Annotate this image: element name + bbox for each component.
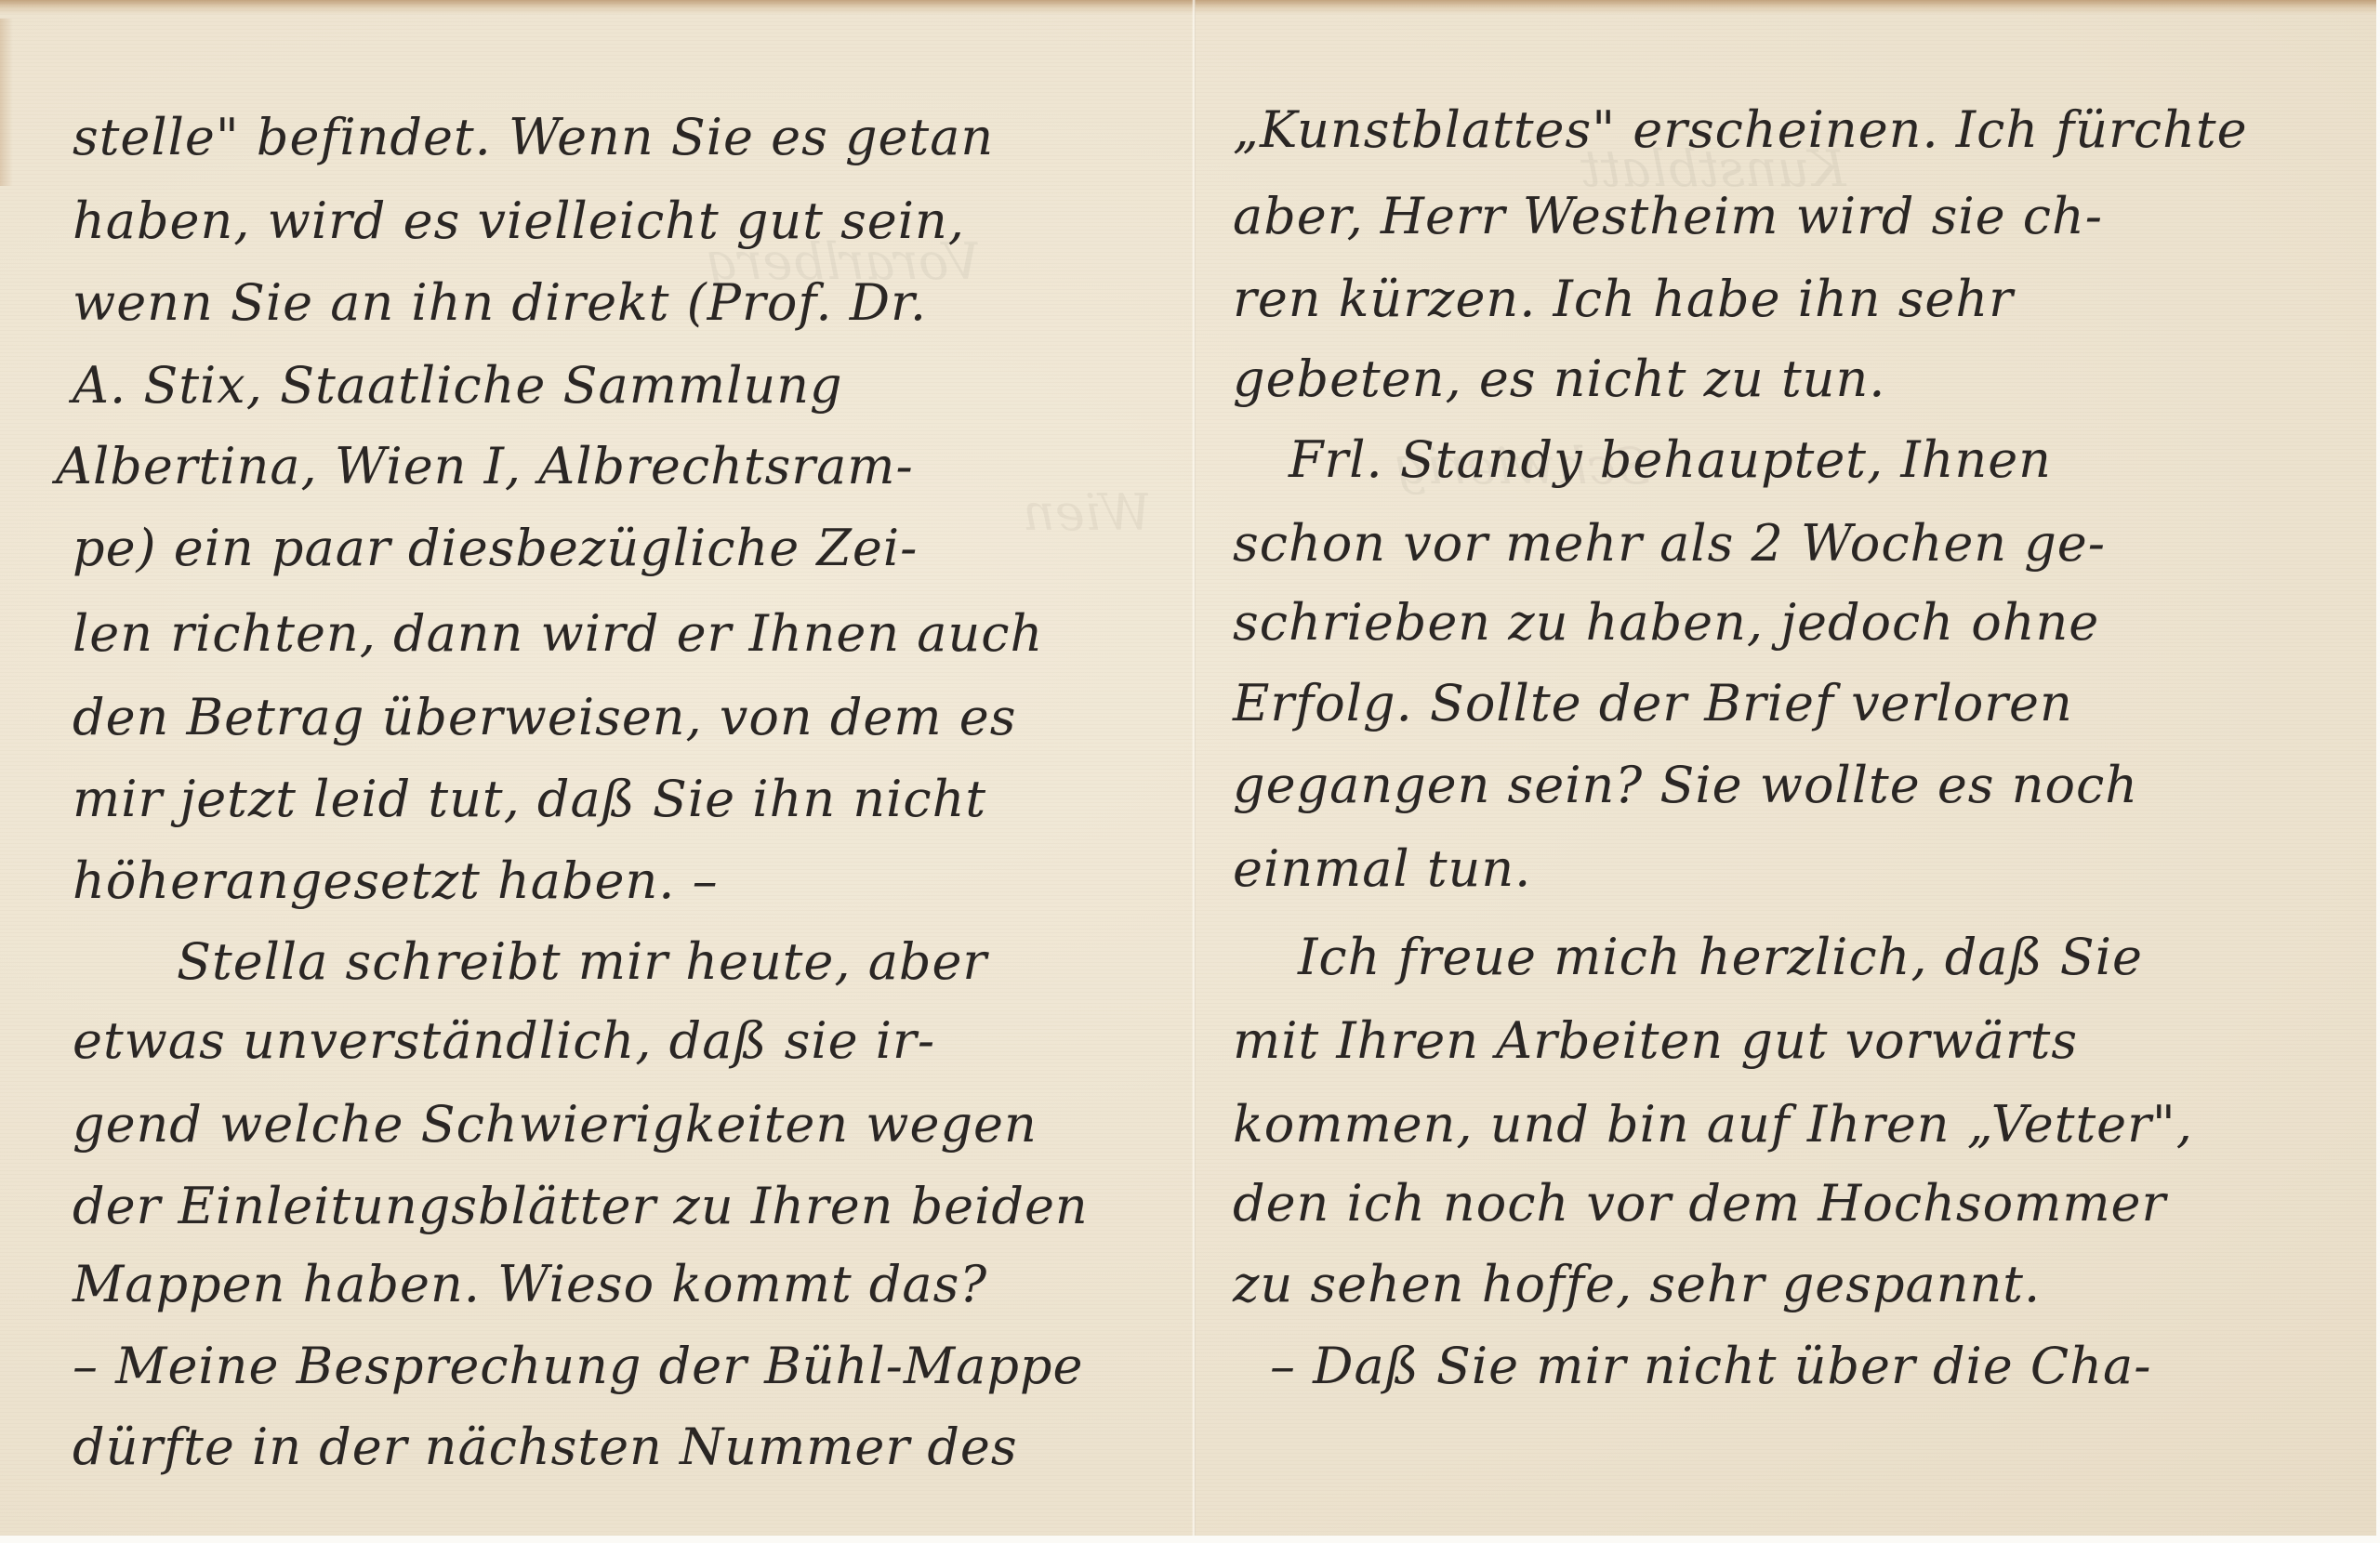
right-page: „Kunstblattes" erscheinen. Ich fürchte a… xyxy=(1196,0,2376,1536)
right-line-4: gebeten, es nicht zu tun. xyxy=(1233,351,1885,407)
right-line-10: einmal tun. xyxy=(1233,841,1531,897)
left-line-17: dürfte in der nächsten Nummer des xyxy=(73,1419,1018,1475)
left-line-14: der Einleitungsblätter zu Ihren beiden xyxy=(73,1179,1089,1234)
right-line-8: Erfolg. Sollte der Brief verloren xyxy=(1233,676,2073,732)
left-line-7: len richten, dann wird er Ihnen auch xyxy=(73,606,1043,662)
left-line-9: mir jetzt leid tut, daß Sie ihn nicht xyxy=(73,771,986,827)
left-line-5: Albertina, Wien I, Albrechtsram- xyxy=(56,439,914,495)
left-page: stelle" befindet. Wenn Sie es getan habe… xyxy=(0,0,1192,1536)
right-line-3: ren kürzen. Ich habe ihn sehr xyxy=(1233,271,2014,327)
left-line-11: Stella schreibt mir heute, aber xyxy=(177,934,987,990)
right-line-13: kommen, und bin auf Ihren „Vetter", xyxy=(1233,1097,2193,1153)
right-line-9: gegangen sein? Sie wollte es noch xyxy=(1233,758,2138,813)
right-line-12: mit Ihren Arbeiten gut vorwärts xyxy=(1233,1013,2078,1069)
left-line-10: höherangesetzt haben. – xyxy=(73,853,719,909)
right-line-5: Frl. Standy behauptet, Ihnen xyxy=(1289,432,2052,488)
right-line-15: zu sehen hoffe, sehr gespannt. xyxy=(1233,1257,2041,1312)
left-line-13: gend welche Schwierigkeiten wegen xyxy=(73,1097,1038,1153)
right-line-2: aber, Herr Westheim wird sie ch- xyxy=(1233,189,2103,244)
left-line-6: pe) ein paar diesbezügliche Zei- xyxy=(73,521,918,576)
left-line-12: etwas unverständlich, daß sie ir- xyxy=(73,1013,935,1069)
right-line-11: Ich freue mich herzlich, daß Sie xyxy=(1298,930,2143,985)
right-line-7: schrieben zu haben, jedoch ohne xyxy=(1233,595,2099,651)
left-line-2: haben, wird es vielleicht gut sein, xyxy=(73,193,965,249)
right-line-6: schon vor mehr als 2 Wochen ge- xyxy=(1233,516,2106,572)
right-line-1: „Kunstblattes" erscheinen. Ich fürchte xyxy=(1233,102,2248,158)
left-line-4-text: A. Stix, Staatliche Sammlung xyxy=(73,356,843,415)
left-line-4: A. Stix, Staatliche Sammlung xyxy=(73,358,843,414)
right-line-14: den ich noch vor dem Hochsommer xyxy=(1233,1176,2166,1232)
left-line-15: Mappen haben. Wieso kommt das? xyxy=(73,1257,987,1312)
left-line-16: – Meine Besprechung der Bühl-Mappe xyxy=(73,1339,1083,1394)
letter-sheet: Vorarlberg Wien Kunstblatt Schwierig ste… xyxy=(0,0,2376,1536)
right-line-16: – Daß Sie mir nicht über die Cha- xyxy=(1270,1339,2151,1394)
left-line-3: wenn Sie an ihn direkt (Prof. Dr. xyxy=(73,275,927,331)
left-line-1: stelle" befindet. Wenn Sie es getan xyxy=(73,110,994,165)
left-line-8: den Betrag überweisen, von dem es xyxy=(73,690,1016,745)
